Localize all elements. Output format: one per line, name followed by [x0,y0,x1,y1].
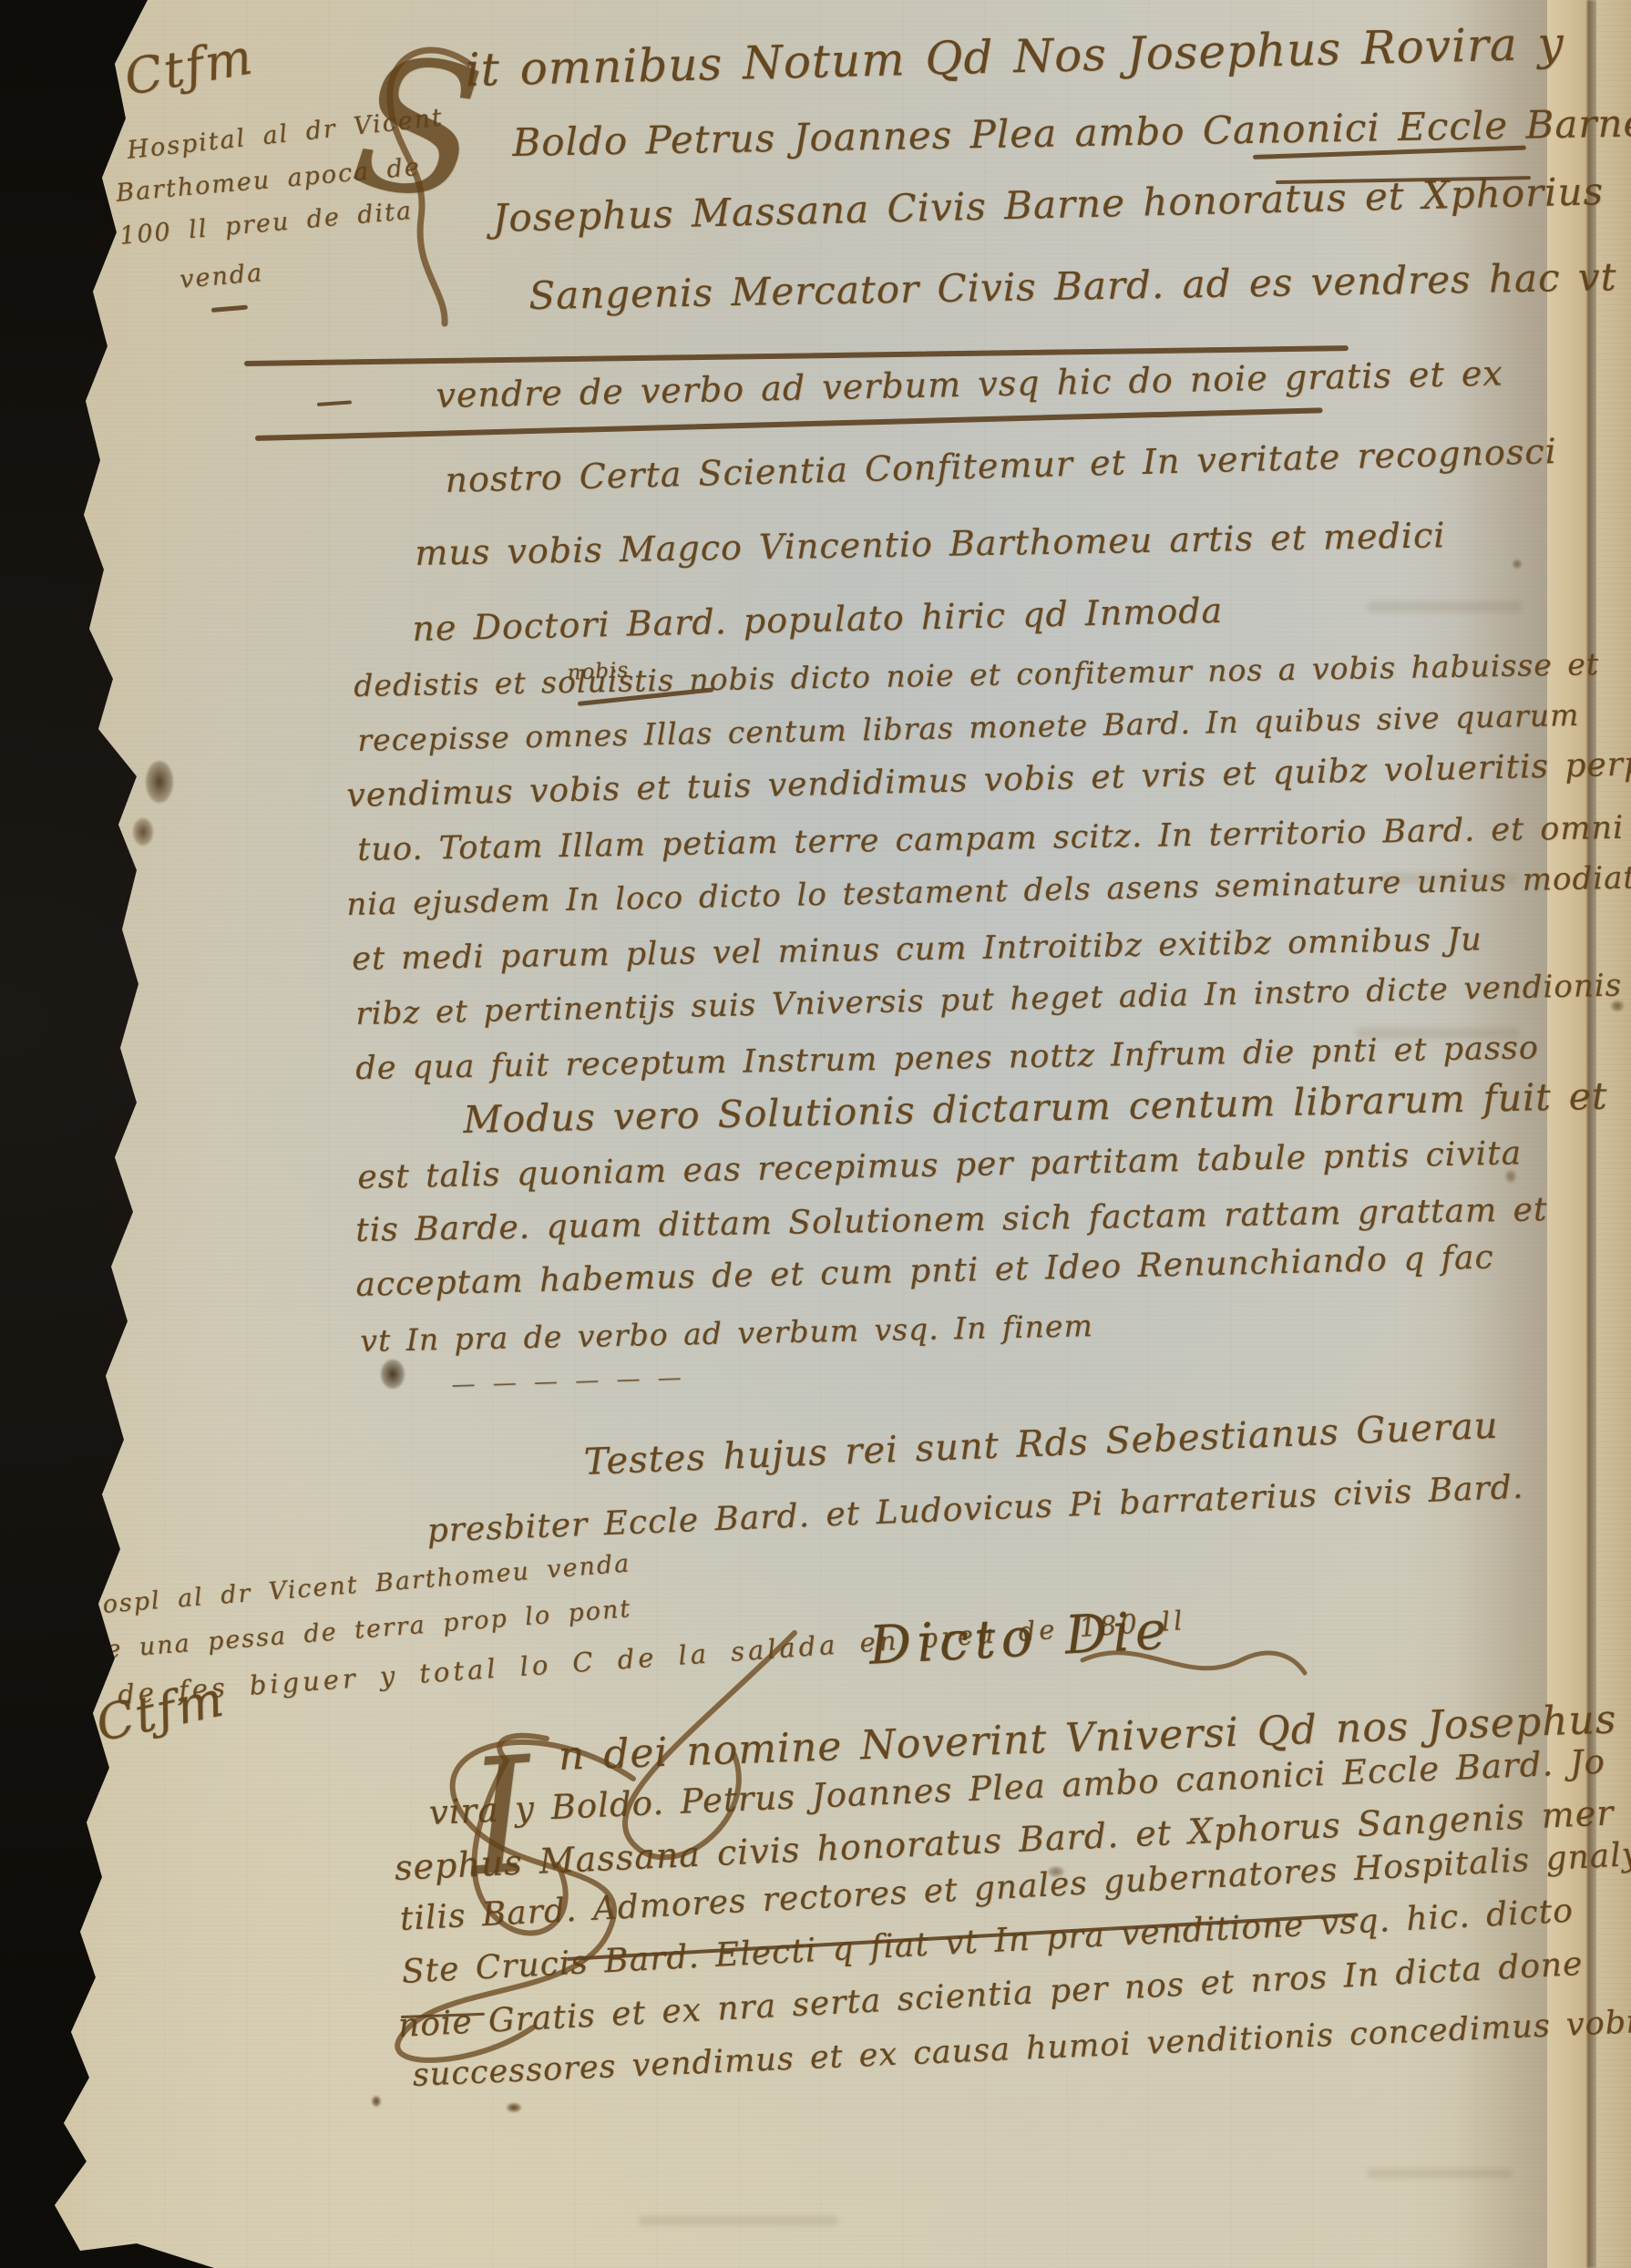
end-dashes: — — — — — — [451,1364,684,1399]
act1-line: tis Barde. quam dittam Solutionem sich f… [355,1191,1548,1249]
act1-line: vendimus vobis et tuis vendidimus vobis … [346,745,1631,815]
act1-line: ribz et pertinentijs suis Vniversis put … [355,967,1623,1032]
ink-speck [507,2103,521,2112]
notarial-paraph-bottom: Ctƒm [91,1669,230,1752]
show-through-smudge [1367,601,1522,612]
act1-line: recepisse omnes Illas centum libras mone… [357,697,1580,758]
act1-line: Josephus Massana Civis Barne honoratus e… [492,169,1605,241]
margin-dash [317,400,352,406]
dicto-die-heading: Dicto Die [867,1599,1174,1677]
manuscript-page: Ctƒm Hospital al dr Vicent Barthomeu apo… [0,0,1631,2268]
show-through-smudge [638,2216,838,2225]
act1-line: et medi parum plus vel minus cum Introit… [352,921,1482,978]
testes-line: Testes hujus rei sunt Rds Sebestianus Gu… [583,1405,1499,1483]
act1-line: it omnibus Notum Qd Nos Josephus Rovira … [465,17,1564,97]
act1-line: est talis quoniam eas recepimus per part… [357,1134,1522,1196]
act1-line: vendre de verbo ad verbum vsq hic do noi… [436,353,1503,416]
notarial-paraph-top: Ctƒm [120,27,258,107]
act1-line: nostro Certa Scientia Confitemur et In v… [445,431,1557,500]
margin-note-top-line: venda [179,259,264,294]
scan-background: Ctƒm Hospital al dr Vicent Barthomeu apo… [0,0,1631,2268]
edge-ink-mark [1513,559,1522,569]
ink-stain [133,818,153,846]
act1-line: vt In pra de verbo ad verbum vsq. In fin… [360,1308,1093,1359]
cancellation-rule [255,407,1323,441]
ink-speck [372,2096,381,2107]
ink-stain [146,761,173,803]
act1-line: Modus vero Solutionis dictarum centum li… [463,1074,1608,1142]
act1-line: tuo. Totam Illam petiam terre campam sci… [357,810,1625,868]
adjacent-page-edge [1596,0,1631,2268]
act1-line: nia ejusdem In loco dicto lo testament d… [346,859,1631,923]
act1-line: ne Doctori Bard. populato hiric qd Inmod… [412,590,1224,649]
act1-line: acceptam habemus de et cum pnti et Ideo … [355,1238,1494,1304]
act1-line: dedistis et soluistis nobis dicto noie e… [354,646,1599,703]
ink-blot [381,1360,405,1389]
act1-line: mus vobis Magco Vincentio Barthomeu arti… [415,515,1446,573]
show-through-smudge [1367,2169,1513,2178]
margin-dash [211,305,248,313]
